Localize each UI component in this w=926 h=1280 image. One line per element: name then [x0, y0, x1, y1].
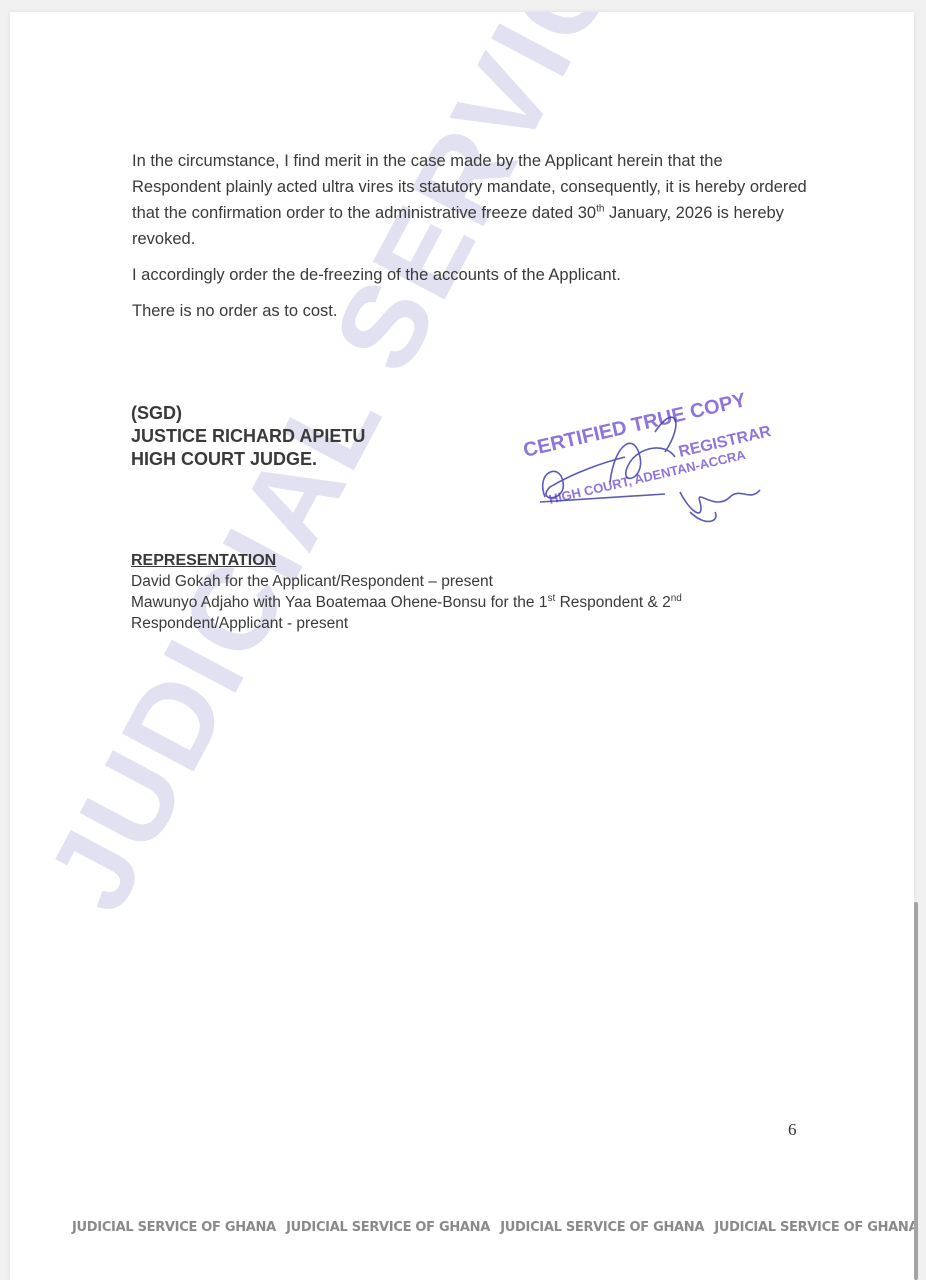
footer-text: JUDICIAL SERVICE OF GHANA: [286, 1220, 490, 1235]
paragraph-costs: There is no order as to cost.: [132, 298, 808, 324]
scrollbar[interactable]: [914, 0, 926, 1280]
document-page: JUDICIAL SERVICE In the circumstance, I …: [10, 12, 914, 1280]
paragraph-defreeze-order: I accordingly order the de-freezing of t…: [132, 262, 808, 288]
rep-text: Respondent & 2: [555, 594, 670, 611]
page-number: 6: [788, 1120, 797, 1140]
representation-section: REPRESENTATION David Gokah for the Appli…: [131, 550, 831, 634]
representation-applicant: David Gokah for the Applicant/Respondent…: [131, 571, 831, 592]
scrollbar-thumb[interactable]: [914, 902, 918, 1280]
judge-title: HIGH COURT JUDGE.: [131, 448, 365, 471]
representation-respondents: Mawunyo Adjaho with Yaa Boatemaa Ohene-B…: [131, 592, 831, 613]
ordinal-suffix: nd: [671, 593, 682, 604]
representation-respondents-cont: Respondent/Applicant - present: [131, 613, 831, 634]
footer-banner: JUDICIAL SERVICE OF GHANA JUDICIAL SERVI…: [72, 1220, 872, 1235]
judge-name: JUSTICE RICHARD APIETU: [131, 425, 365, 448]
footer-text: JUDICIAL SERVICE OF GHANA: [72, 1220, 276, 1235]
judgment-body: In the circumstance, I find merit in the…: [132, 148, 808, 334]
representation-title: REPRESENTATION: [131, 550, 831, 571]
paragraph-ruling: In the circumstance, I find merit in the…: [132, 148, 808, 252]
stamp-line-3: HIGH COURT, ADENTAN-ACCRA: [547, 447, 747, 507]
signed-marker: (SGD): [131, 402, 365, 425]
signature-block: (SGD) JUSTICE RICHARD APIETU HIGH COURT …: [131, 402, 365, 471]
footer-text: JUDICIAL SERVICE OF GHANA: [714, 1220, 914, 1235]
certified-true-copy-stamp: CERTIFIED TRUE COPY REGISTRAR HIGH COURT…: [515, 362, 805, 542]
footer-text: JUDICIAL SERVICE OF GHANA: [500, 1220, 704, 1235]
rep-text: Mawunyo Adjaho with Yaa Boatemaa Ohene-B…: [131, 594, 547, 611]
